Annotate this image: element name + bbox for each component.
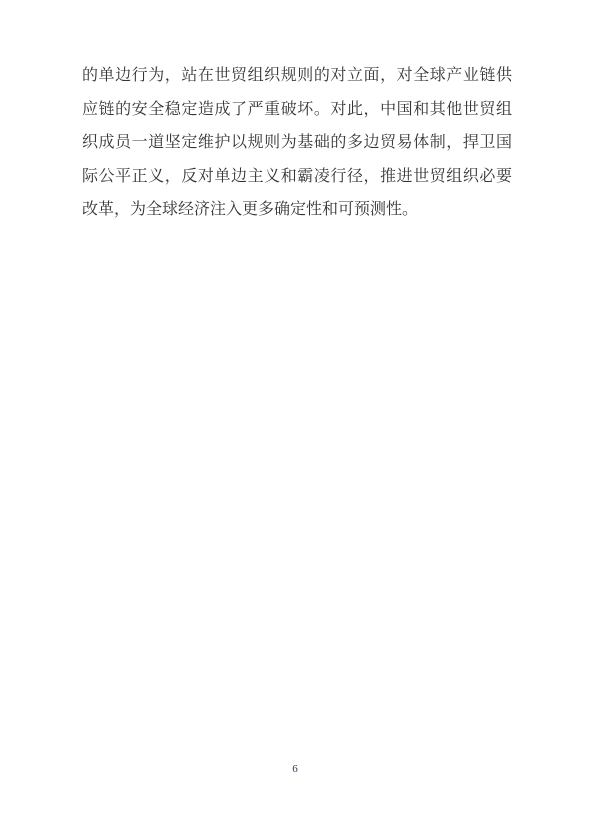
page-number: 6 bbox=[292, 763, 298, 775]
paragraph-line: 的单边行为，站在世贸组织规则的对立面，对全球产业链供 bbox=[82, 59, 512, 93]
body-paragraph: 的单边行为，站在世贸组织规则的对立面，对全球产业链供 应链的安全稳定造成了严重破… bbox=[82, 59, 512, 227]
document-page: 的单边行为，站在世贸组织规则的对立面，对全球产业链供 应链的安全稳定造成了严重破… bbox=[0, 0, 590, 833]
paragraph-line: 际公平正义，反对单边主义和霸凌行径，推进世贸组织必要 bbox=[82, 160, 512, 194]
paragraph-line: 应链的安全稳定造成了严重破坏。对此，中国和其他世贸组 bbox=[82, 93, 512, 127]
page-footer: 6 bbox=[0, 759, 590, 777]
paragraph-line: 改革，为全球经济注入更多确定性和可预测性。 bbox=[82, 193, 512, 227]
paragraph-line: 织成员一道坚定维护以规则为基础的多边贸易体制，捍卫国 bbox=[82, 126, 512, 160]
